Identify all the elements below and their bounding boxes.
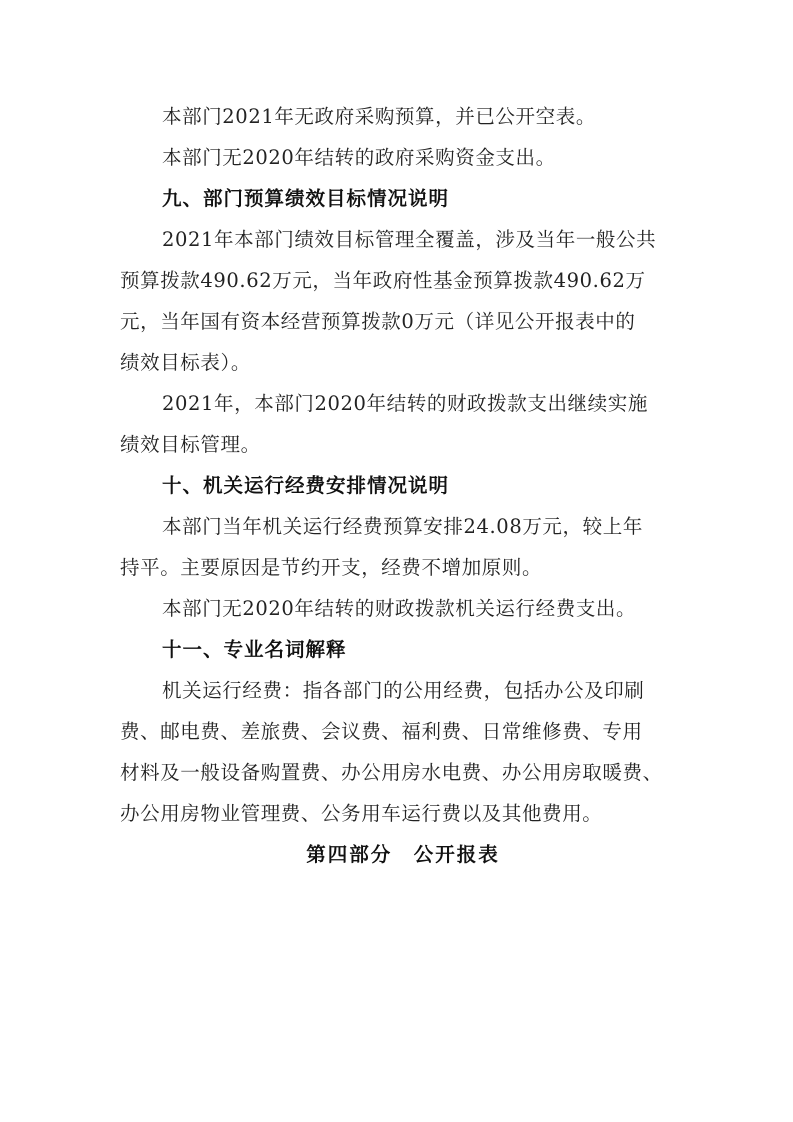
section-10-p1-line-2: 持平。主要原因是节约开支，经费不增加原则。 [120, 547, 674, 588]
paragraph-no-procurement-budget: 本部门2021年无政府采购预算，并已公开空表。 [120, 96, 674, 137]
paragraph-no-carryover-procurement: 本部门无2020年结转的政府采购资金支出。 [120, 137, 674, 178]
section-11-p1-line-4: 办公用房物业管理费、公务用车运行费以及其他费用。 [120, 793, 674, 834]
section-9-p2-line-2: 绩效目标管理。 [120, 424, 674, 465]
section-10-heading: 十、机关运行经费安排情况说明 [120, 465, 674, 506]
section-11-p1-line-3: 材料及一般设备购置费、办公用房水电费、办公用房取暖费、 [120, 752, 674, 793]
document-page: 本部门2021年无政府采购预算，并已公开空表。 本部门无2020年结转的政府采购… [120, 96, 674, 875]
section-10-p2: 本部门无2020年结转的财政拨款机关运行经费支出。 [120, 588, 674, 629]
section-9-p1-line-4: 绩效目标表）。 [120, 342, 674, 383]
section-9-heading: 九、部门预算绩效目标情况说明 [120, 178, 674, 219]
section-9-p1-line-3: 元，当年国有资本经营预算拨款0万元（详见公开报表中的 [120, 301, 674, 342]
section-9-p2-line-1: 2021年，本部门2020年结转的财政拨款支出继续实施 [120, 383, 674, 424]
section-11-p1-line-1: 机关运行经费：指各部门的公用经费，包括办公及印刷 [120, 670, 674, 711]
section-11-p1-line-2: 费、邮电费、差旅费、会议费、福利费、日常维修费、专用 [120, 711, 674, 752]
section-11-heading: 十一、专业名词解释 [120, 629, 674, 670]
part-four-title: 第四部分 公开报表 [120, 834, 674, 875]
section-10-p1-line-1: 本部门当年机关运行经费预算安排24.08万元，较上年 [120, 506, 674, 547]
section-9-p1-line-2: 预算拨款490.62万元，当年政府性基金预算拨款490.62万 [120, 260, 674, 301]
section-9-p1-line-1: 2021年本部门绩效目标管理全覆盖，涉及当年一般公共 [120, 219, 674, 260]
